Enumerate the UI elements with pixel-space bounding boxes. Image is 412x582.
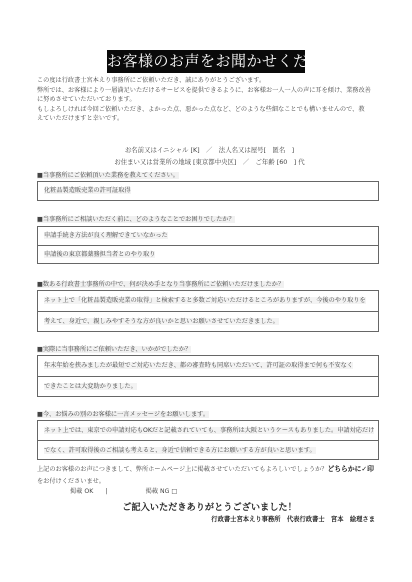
consent-choices: 掲載 OK | 掲載 NG □ [70,486,177,495]
answer-row: 化粧品製造販売業の許可証取得 [38,182,378,200]
answer-row: 申請手続き方法が良く理解できていなかった [38,227,378,245]
answer-row: でなく、許可取得後のご相談も考えると、身近で信頼できる方にお願いする方が良いと思… [38,440,378,459]
answer-row: 申請後の東京都薬務担当者とのやり取り [38,245,378,263]
intro-line: えていただけますと幸いです。 [37,114,382,124]
answer-row: ネット上で「化粧品製造販売業の取得」と検索すると多数ご対応いただけるところがあり… [38,291,378,311]
intro-line: この度は行政書士宮本えり事務所にご依頼いただき、誠にありがとうございます。 [37,76,382,86]
answer-row: ネット上では、東京での申請対応もOKだと記載されていても、事務所は大阪というケー… [38,421,378,440]
respondent-name-line: お名前又はイニシャル [K] ／ 法人名又は屋号[ 匿名 ] [37,145,382,154]
thanks-message: ご記入いただきありがとうございました！ [37,499,382,513]
question-4-label: ■実際に当事務所にご依頼いただき、いかがでしたか？ [37,344,191,353]
intro-line: 弊所では、お客様により一層満足いただけるサービスを提供できるように、お客様お一人… [37,86,382,96]
question-1-answer-box: 化粧品製造販売業の許可証取得 [37,181,379,201]
page-title: お客様のお声をお聞かせください [107,50,305,73]
question-3-label: ■数ある行政書士事務所の中で、何が決め手となり当事務所にご依頼いただけましたか？ [37,279,284,288]
respondent-area-age-line: お住まい又は営業所の地域 [東京都中央区] ／ ご年齢 [60 ] 代 [37,157,382,166]
answer-row: できたことは大変助かりました。 [38,376,378,396]
consent-emphasis: どちらかに✓印 [327,465,373,473]
question-3-answer-box: ネット上で「化粧品製造販売業の取得」と検索すると多数ご対応いただけるところがあり… [37,290,379,332]
answer-row: 年末年始を挟みましたが最短でご対応いただき、都の審査時も同席いただいて、許可証の… [38,356,378,376]
publish-ok-option[interactable]: 掲載 OK | [70,488,108,495]
intro-text: この度は行政書士宮本えり事務所にご依頼いただき、誠にありがとうございます。 弊所… [37,76,382,124]
answer-row: 考えて、身近で、親しみやすそうな方が良いかと思いお願いさせていただきました。 [38,311,378,331]
question-2-answer-box: 申請手続き方法が良く理解できていなかった 申請後の東京都薬務担当者とのやり取り [37,226,379,264]
question-5-answer-box: ネット上では、東京での申請対応もOKだと記載されていても、事務所は大阪というケー… [37,420,379,460]
intro-line: もしよろしければ今回ご依頼いただき、よかった点、悪かった点など、どのような些細な… [37,105,382,115]
question-2-label: ■当事務所にご相談いただく前に、どのようなことでお困りでしたか？ [37,214,235,223]
publish-ng-option[interactable]: 掲載 NG □ [146,488,178,495]
signature: 行政書士宮本えり事務所 代表行政書士 宮本 絵理さま [37,514,375,523]
consent-text: 上記のお客様のお声につきまして、弊所ホームページ上に掲載させていただいてもよろし… [37,463,382,488]
question-5-label: ■今、お悩みの別のお客様に一言メッセージをお願いします。 [37,409,209,418]
question-4-answer-box: 年末年始を挟みましたが最短でご対応いただき、都の審査時も同席いただいて、許可証の… [37,355,379,397]
question-1-label: ■当事務所にご依頼頂いた業務を教えてください。 [37,170,179,179]
intro-line: に努めさせていただいております。 [37,95,382,105]
